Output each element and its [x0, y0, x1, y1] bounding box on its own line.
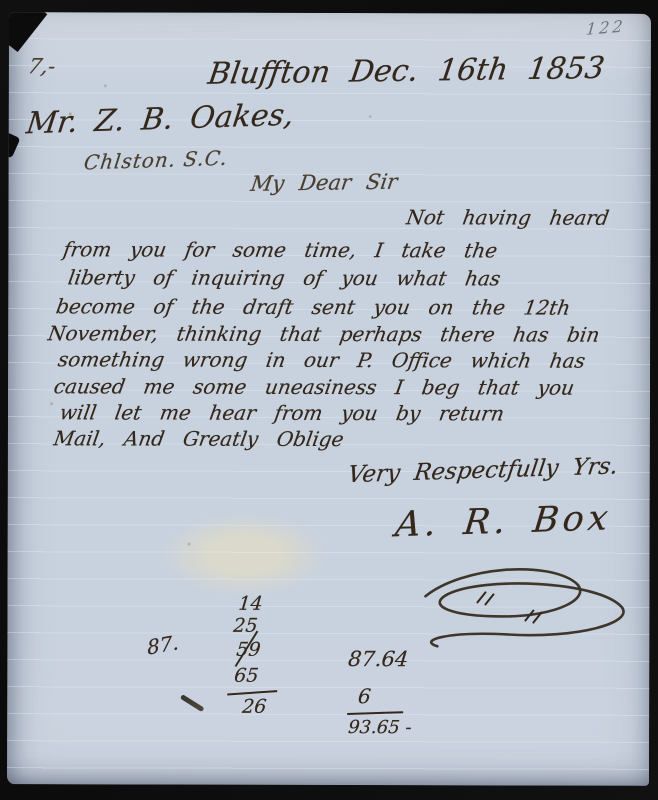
- torn-edge-notch: [7, 132, 20, 159]
- calc-left-total: 87.: [146, 630, 179, 660]
- calc-column-figure: 14: [238, 593, 264, 615]
- body-line: Not having heard: [405, 205, 611, 230]
- calc-column-figure: 65: [233, 665, 259, 687]
- body-line: from you for some time, I take the: [62, 237, 500, 262]
- body-line: something wrong in our P. Office which h…: [56, 347, 587, 372]
- signature-flourish: [407, 558, 647, 654]
- column-sum-rule: [227, 690, 277, 695]
- body-line: Mail, And Greatly Oblige: [52, 426, 345, 451]
- body-line: November, thinking that perhaps there ha…: [46, 321, 601, 346]
- scanner-background: 122 7,- Bluffton Dec. 16th 1853 Mr. Z. B…: [0, 0, 658, 800]
- calc-addition-result: 93.65 -: [347, 717, 412, 738]
- letter-paper: 122 7,- Bluffton Dec. 16th 1853 Mr. Z. B…: [7, 12, 651, 786]
- ink-smudge: [180, 694, 205, 712]
- page-number: 122: [585, 16, 626, 39]
- calc-addition-top: 87.64: [347, 647, 409, 671]
- valediction: Very Respectfully Yrs.: [346, 453, 620, 488]
- torn-corner: [7, 12, 47, 52]
- margin-notation: 7,-: [26, 54, 58, 78]
- body-line: will let me hear from you by return: [58, 400, 506, 425]
- calc-addition-addend: 6: [357, 684, 372, 708]
- body-line: caused me some uneasiness I beg that you: [52, 374, 576, 399]
- recipient-name: Mr. Z. B. Oakes,: [24, 98, 295, 142]
- body-line: become of the draft sent you on the 12th: [54, 294, 572, 319]
- calc-column-figure-struck: 59: [235, 639, 261, 661]
- salutation: My Dear Sir: [249, 170, 399, 196]
- calc-column-result: 26: [241, 696, 267, 718]
- addition-sum-rule: [347, 711, 403, 715]
- dateline: Bluffton Dec. 16th 1853: [206, 51, 607, 92]
- signature: A. R. Box: [393, 498, 613, 545]
- body-line: liberty of inquiring of you what has: [66, 265, 502, 290]
- recipient-location: Chlston. S.C.: [83, 146, 230, 175]
